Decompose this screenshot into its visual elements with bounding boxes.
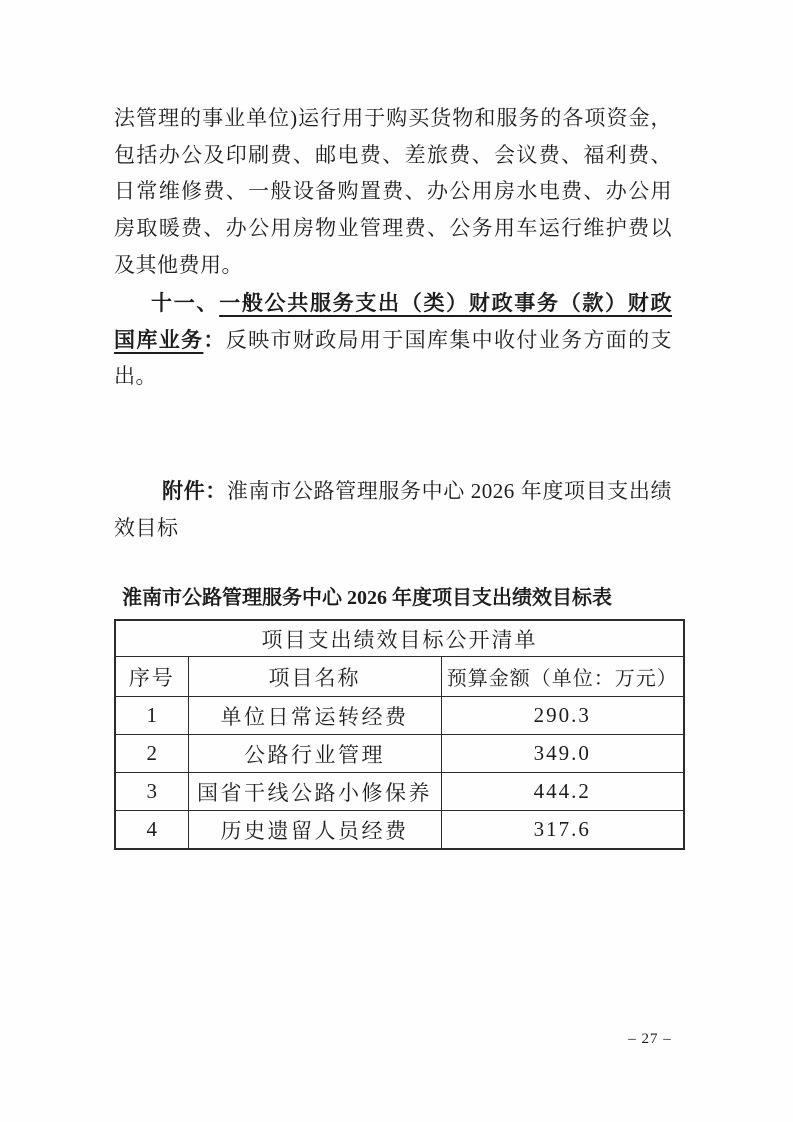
- section-title-colon: ：: [203, 329, 225, 352]
- section-heading-paragraph: 十一、一般公共服务支出（类）财政事务（款）财政 国库业务：反映市财政局用于国库集…: [114, 285, 672, 395]
- attachment-line: 效目标: [114, 510, 672, 547]
- section-title-underlined: 一般公共服务支出（类）财政事务（款）财政: [219, 292, 672, 315]
- paragraph-continuation: 法管理的事业单位)运行用于购买货物和服务的各项资金， 包括办公及印刷费、邮电费、…: [114, 100, 672, 283]
- text-line: 法管理的事业单位)运行用于购买货物和服务的各项资金，: [114, 100, 672, 137]
- cell-amount: 444.2: [441, 773, 684, 811]
- cell-seq: 4: [115, 811, 188, 850]
- table-row: 4 历史遗留人员经费 317.6: [115, 811, 684, 850]
- section-title-underlined: 国库业务: [114, 329, 203, 352]
- attachment-note: 附件：淮南市公路管理服务中心 2026 年度项目支出绩 效目标: [114, 473, 672, 546]
- header-project-name: 项目名称: [188, 657, 441, 697]
- cell-seq: 1: [115, 697, 188, 735]
- cell-seq: 2: [115, 735, 188, 773]
- text-line: 房取暖费、办公用房物业管理费、公务用车运行维护费以: [114, 210, 672, 247]
- text-line: 及其他费用。: [114, 247, 672, 284]
- cell-amount: 290.3: [441, 697, 684, 735]
- table-row: 1 单位日常运转经费 290.3: [115, 697, 684, 735]
- cell-amount: 317.6: [441, 811, 684, 850]
- table-caption-row: 项目支出绩效目标公开清单: [115, 620, 684, 657]
- table-row: 2 公路行业管理 349.0: [115, 735, 684, 773]
- document-page: 法管理的事业单位)运行用于购买货物和服务的各项资金， 包括办公及印刷费、邮电费、…: [0, 0, 793, 1122]
- cell-amount: 349.0: [441, 735, 684, 773]
- cell-project-name: 公路行业管理: [188, 735, 441, 773]
- table-header-row: 序号 项目名称 预算金额（单位：万元）: [115, 657, 684, 697]
- header-budget-amount: 预算金额（单位：万元）: [441, 657, 684, 697]
- page-number: – 27 –: [600, 1029, 700, 1049]
- cell-project-name: 单位日常运转经费: [188, 697, 441, 735]
- table-row: 3 国省干线公路小修保养 444.2: [115, 773, 684, 811]
- cell-project-name: 国省干线公路小修保养: [188, 773, 441, 811]
- section-number: 十一、: [151, 292, 219, 315]
- cell-project-name: 历史遗留人员经费: [188, 811, 441, 850]
- heading-line: 出。: [114, 358, 672, 395]
- heading-line: 国库业务：反映市财政局用于国库集中收付业务方面的支: [114, 322, 672, 359]
- section-body-text: 出。: [114, 364, 157, 388]
- section-body-text: 反映市财政局用于国库集中收付业务方面的支: [226, 328, 672, 352]
- text-line: 日常维修费、一般设备购置费、办公用房水电费、办公用: [114, 173, 672, 210]
- cell-seq: 3: [115, 773, 188, 811]
- table-caption: 项目支出绩效目标公开清单: [115, 620, 684, 657]
- performance-target-table: 项目支出绩效目标公开清单 序号 项目名称 预算金额（单位：万元） 1 单位日常运…: [114, 619, 685, 850]
- header-seq: 序号: [115, 657, 188, 697]
- table-title: 淮南市公路管理服务中心 2026 年度项目支出绩效目标表: [122, 583, 612, 613]
- attachment-line: 附件：淮南市公路管理服务中心 2026 年度项目支出绩: [114, 473, 672, 510]
- attachment-label: 附件：: [162, 480, 227, 503]
- heading-line: 十一、一般公共服务支出（类）财政事务（款）财政: [114, 285, 672, 322]
- attachment-text: 淮南市公路管理服务中心 2026 年度项目支出绩: [227, 479, 672, 503]
- text-line: 包括办公及印刷费、邮电费、差旅费、会议费、福利费、: [114, 137, 672, 174]
